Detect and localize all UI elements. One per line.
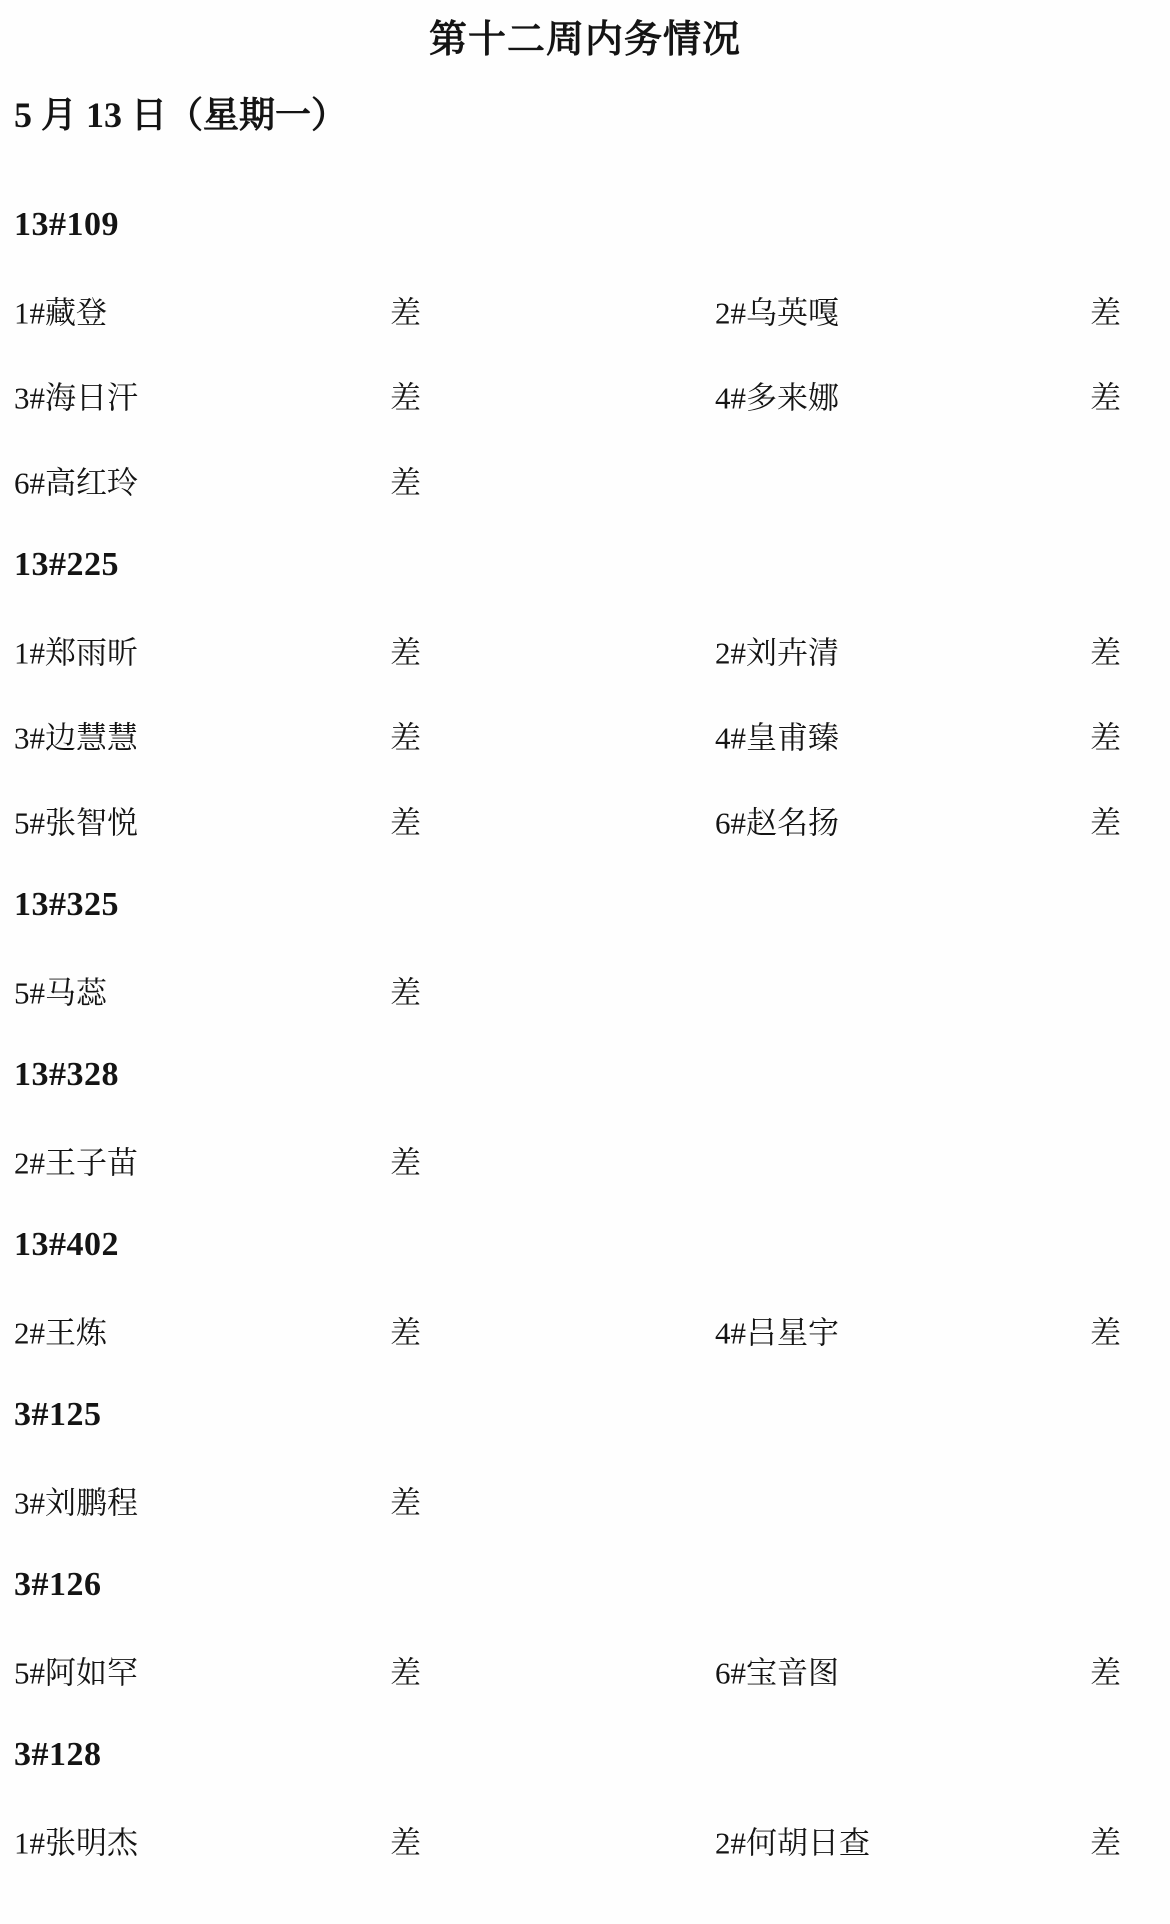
room-rows: 1#郑雨昕 差 2#刘卉清 差 3#边慧慧 差 4#皇甫臻 差 5#张智悦 差 … bbox=[0, 607, 1170, 862]
student-name: 4#吕星宇 bbox=[715, 1307, 839, 1352]
entry-row: 2#王子苗 差 bbox=[0, 1117, 1170, 1202]
rating-value: 差 bbox=[1090, 1307, 1121, 1352]
document-title: 第十二周内务情况 bbox=[0, 16, 1170, 64]
rating-value: 差 bbox=[1090, 712, 1121, 757]
room-header: 3#128 bbox=[14, 1712, 1170, 1797]
rating-value: 差 bbox=[390, 1817, 421, 1862]
student-name: 1#藏登 bbox=[14, 287, 107, 332]
student-name: 6#宝音图 bbox=[715, 1647, 839, 1692]
rating-value: 差 bbox=[390, 712, 421, 757]
student-name: 4#皇甫臻 bbox=[715, 712, 839, 757]
rating-value: 差 bbox=[390, 457, 421, 502]
rating-value: 差 bbox=[390, 1307, 421, 1352]
room-header: 13#325 bbox=[14, 862, 1170, 947]
student-name: 5#阿如罕 bbox=[14, 1647, 138, 1692]
room-header: 3#125 bbox=[14, 1372, 1170, 1457]
student-name: 3#边慧慧 bbox=[14, 712, 138, 757]
student-name: 2#王炼 bbox=[14, 1307, 107, 1352]
room-section: 13#109 1#藏登 差 2#乌英嘎 差 3#海日汗 差 4#多来娜 差 6#… bbox=[0, 182, 1170, 522]
rating-value: 差 bbox=[390, 627, 421, 672]
entry-row: 5#阿如罕 差 6#宝音图 差 bbox=[0, 1627, 1170, 1712]
room-header: 13#328 bbox=[14, 1032, 1170, 1117]
room-header: 3#126 bbox=[14, 1542, 1170, 1627]
student-name: 3#海日汗 bbox=[14, 372, 138, 417]
room-header: 13#225 bbox=[14, 522, 1170, 607]
rating-value: 差 bbox=[390, 967, 421, 1012]
rating-value: 差 bbox=[1090, 287, 1121, 332]
student-name: 5#马蕊 bbox=[14, 967, 107, 1012]
rating-value: 差 bbox=[390, 287, 421, 332]
rating-value: 差 bbox=[390, 372, 421, 417]
room-rows: 5#阿如罕 差 6#宝音图 差 bbox=[0, 1627, 1170, 1712]
rating-value: 差 bbox=[1090, 1647, 1121, 1692]
room-section: 13#225 1#郑雨昕 差 2#刘卉清 差 3#边慧慧 差 4#皇甫臻 差 5… bbox=[0, 522, 1170, 862]
entry-row: 5#马蕊 差 bbox=[0, 947, 1170, 1032]
student-name: 1#张明杰 bbox=[14, 1817, 138, 1862]
room-rows: 1#张明杰 差 2#何胡日查 差 bbox=[0, 1797, 1170, 1882]
room-section: 13#325 5#马蕊 差 bbox=[0, 862, 1170, 1032]
rating-value: 差 bbox=[390, 1137, 421, 1182]
room-rows: 3#刘鹏程 差 bbox=[0, 1457, 1170, 1542]
room-header: 13#109 bbox=[14, 182, 1170, 267]
room-section: 3#128 1#张明杰 差 2#何胡日查 差 bbox=[0, 1712, 1170, 1882]
student-name: 2#何胡日查 bbox=[715, 1817, 870, 1862]
rating-value: 差 bbox=[390, 1477, 421, 1522]
student-name: 4#多来娜 bbox=[715, 372, 839, 417]
room-rows: 2#王炼 差 4#吕星宇 差 bbox=[0, 1287, 1170, 1372]
entry-row: 1#藏登 差 2#乌英嘎 差 bbox=[0, 267, 1170, 352]
room-rows: 1#藏登 差 2#乌英嘎 差 3#海日汗 差 4#多来娜 差 6#高红玲 差 bbox=[0, 267, 1170, 522]
rating-value: 差 bbox=[1090, 1817, 1121, 1862]
sections-container: 13#109 1#藏登 差 2#乌英嘎 差 3#海日汗 差 4#多来娜 差 6#… bbox=[0, 182, 1170, 1882]
entry-row: 2#王炼 差 4#吕星宇 差 bbox=[0, 1287, 1170, 1372]
entry-row: 3#海日汗 差 4#多来娜 差 bbox=[0, 352, 1170, 437]
date-heading: 5 月 13 日（星期一） bbox=[14, 92, 1170, 138]
student-name: 6#赵名扬 bbox=[715, 797, 839, 842]
rating-value: 差 bbox=[1090, 627, 1121, 672]
student-name: 2#刘卉清 bbox=[715, 627, 839, 672]
room-rows: 2#王子苗 差 bbox=[0, 1117, 1170, 1202]
entry-row: 3#刘鹏程 差 bbox=[0, 1457, 1170, 1542]
room-section: 13#402 2#王炼 差 4#吕星宇 差 bbox=[0, 1202, 1170, 1372]
room-header: 13#402 bbox=[14, 1202, 1170, 1287]
rating-value: 差 bbox=[390, 1647, 421, 1692]
student-name: 3#刘鹏程 bbox=[14, 1477, 138, 1522]
entry-row: 5#张智悦 差 6#赵名扬 差 bbox=[0, 777, 1170, 862]
student-name: 1#郑雨昕 bbox=[14, 627, 138, 672]
entry-row: 1#张明杰 差 2#何胡日查 差 bbox=[0, 1797, 1170, 1882]
student-name: 2#乌英嘎 bbox=[715, 287, 839, 332]
entry-row: 6#高红玲 差 bbox=[0, 437, 1170, 522]
room-section: 13#328 2#王子苗 差 bbox=[0, 1032, 1170, 1202]
student-name: 6#高红玲 bbox=[14, 457, 138, 502]
entry-row: 3#边慧慧 差 4#皇甫臻 差 bbox=[0, 692, 1170, 777]
student-name: 2#王子苗 bbox=[14, 1137, 138, 1182]
rating-value: 差 bbox=[1090, 372, 1121, 417]
entry-row: 1#郑雨昕 差 2#刘卉清 差 bbox=[0, 607, 1170, 692]
room-section: 3#125 3#刘鹏程 差 bbox=[0, 1372, 1170, 1542]
rating-value: 差 bbox=[390, 797, 421, 842]
document-page: 第十二周内务情况 5 月 13 日（星期一） 13#109 1#藏登 差 2#乌… bbox=[0, 0, 1170, 1924]
room-section: 3#126 5#阿如罕 差 6#宝音图 差 bbox=[0, 1542, 1170, 1712]
room-rows: 5#马蕊 差 bbox=[0, 947, 1170, 1032]
rating-value: 差 bbox=[1090, 797, 1121, 842]
student-name: 5#张智悦 bbox=[14, 797, 138, 842]
